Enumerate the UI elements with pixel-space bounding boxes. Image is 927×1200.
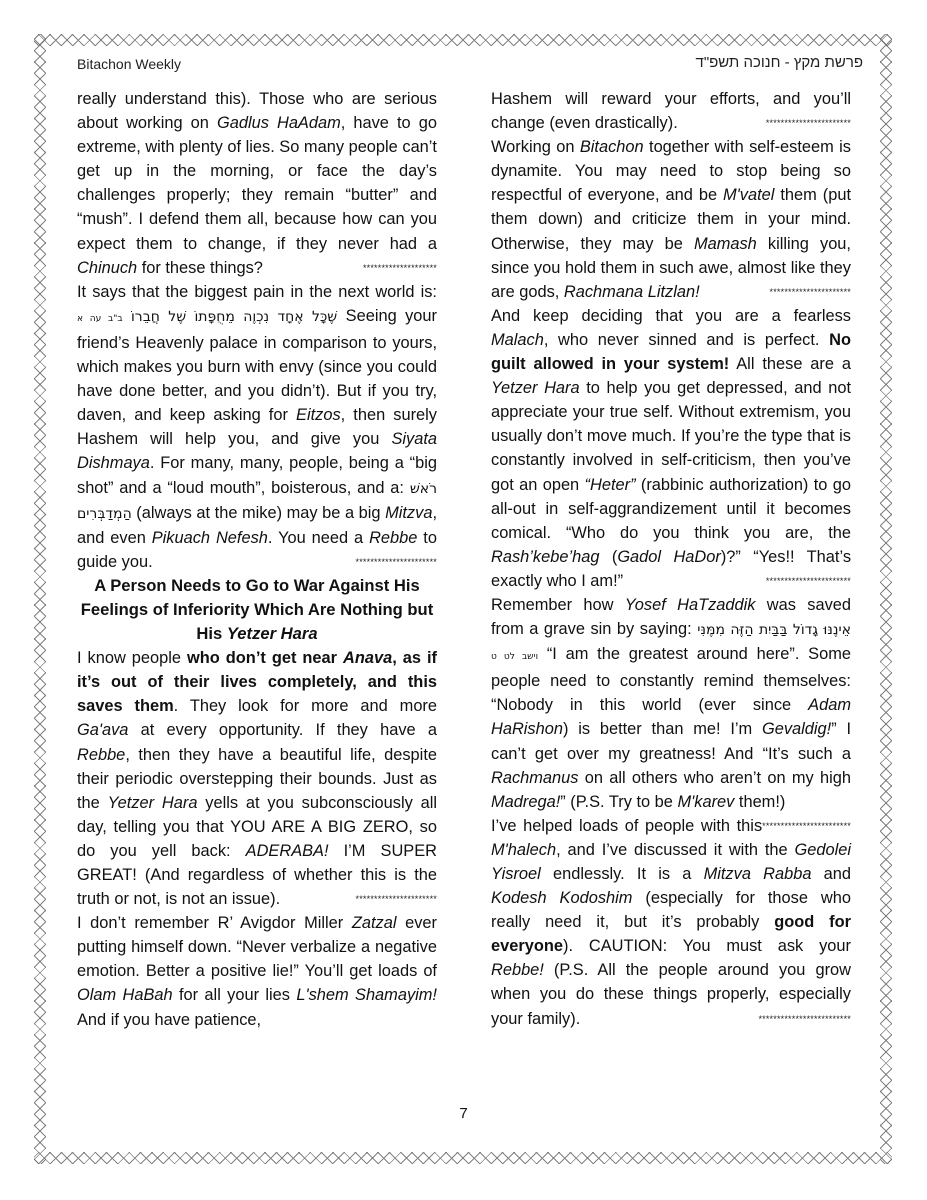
italic-term: Mitzva: [385, 504, 432, 522]
italic-term: Kodesh Kodoshim: [491, 889, 632, 907]
text: (always at the mike) may be a big: [132, 504, 385, 522]
italic-term: Rebbe: [369, 529, 417, 547]
text: . You need a: [268, 529, 369, 547]
italic-term: Mitzva Rabba: [704, 865, 812, 883]
text: I don’t remember R’ Avigdor Miller: [77, 914, 352, 932]
publication-title: Bitachon Weekly: [77, 56, 181, 72]
text: for these things?: [137, 259, 263, 277]
section-separator: ************************: [762, 814, 851, 838]
paragraph: Remember how Yosef HaTzaddik was saved f…: [491, 593, 851, 814]
italic-term: Rachmana Litzlan!: [564, 283, 700, 301]
italic-term: Rash’kebe’hag: [491, 548, 599, 566]
heading-italic: Yetzer Hara: [227, 624, 318, 643]
italic-term: Gadol HaDor: [617, 548, 721, 566]
section-separator: ***********************: [766, 569, 851, 593]
page-number: 7: [0, 1105, 927, 1122]
italic-term: Pikuach Nefesh: [152, 529, 268, 547]
paragraph: It says that the biggest pain in the nex…: [77, 280, 437, 574]
paragraph: I don’t remember R’ Avigdor Miller Zatza…: [77, 911, 437, 1031]
paragraph: I’ve helped loads of people with this M'…: [491, 814, 851, 1031]
bold-italic-term: Anava: [343, 649, 392, 667]
italic-term: Rebbe!: [491, 961, 544, 979]
right-column: Hashem will reward your efforts, and you…: [491, 87, 851, 1031]
border-bottom-pattern: [34, 1152, 892, 1164]
italic-term: Gadlus HaAdam: [217, 114, 341, 132]
text: , who never sinned and is perfect.: [544, 331, 829, 349]
italic-term: Malach: [491, 331, 544, 349]
section-separator: **********************: [770, 280, 851, 304]
text: And keep deciding that you are a fearles…: [491, 307, 851, 325]
text: and: [811, 865, 851, 883]
text: ” (P.S. Try to be: [560, 793, 677, 811]
italic-term: Chinuch: [77, 259, 137, 277]
hebrew-quote: שֶׁכָּל אֶחָד נִכְוֶה מֵחֻפָּתוֹ שֶׁל חֲ…: [131, 309, 337, 325]
section-separator: ***********************: [766, 111, 851, 135]
section-separator: *************************: [758, 1007, 851, 1031]
text: ) is better than me! I’m: [563, 720, 762, 738]
paragraph: Working on Bitachon together with self-e…: [491, 135, 851, 304]
hebrew-source-ref: ב"ב עה א: [77, 314, 123, 324]
text: (: [599, 548, 617, 566]
section-separator: **********************: [356, 550, 437, 574]
paragraph: Hashem will reward your efforts, and you…: [491, 87, 851, 135]
paragraph: I know people who don’t get near Anava, …: [77, 646, 437, 911]
text: It says that the biggest pain in the nex…: [77, 283, 437, 301]
left-column: really understand this). Those who are s…: [77, 87, 437, 1032]
italic-term: Madrega!: [491, 793, 560, 811]
text: for all your lies: [173, 986, 297, 1004]
italic-term: M'halech: [491, 841, 556, 859]
italic-term: Yosef HaTzaddik: [625, 596, 756, 614]
italic-term: Eitzos: [296, 406, 341, 424]
italic-term: Zatzal: [352, 914, 397, 932]
text: , have to go extreme, with plenty of lie…: [77, 114, 437, 252]
bold-text: who don’t get near: [187, 649, 343, 667]
text: “I am the greatest around here”. Some pe…: [491, 645, 851, 714]
italic-term: Olam HaBah: [77, 986, 173, 1004]
paragraph: really understand this). Those who are s…: [77, 87, 437, 280]
text: . They look for more and more: [174, 697, 437, 715]
text: All these are a: [729, 355, 851, 373]
italic-term: Yetzer Hara: [108, 794, 198, 812]
italic-term: “Heter”: [585, 476, 636, 494]
border-right-pattern: [880, 34, 892, 1164]
italic-term: ADERABA!: [246, 842, 329, 860]
hebrew-quote: אֵינֶנּוּ גָדוֹל בַּבַּיִת הַזֶּה מִמֶּנ…: [697, 622, 851, 638]
italic-term: M'vatel: [723, 186, 774, 204]
text: at every opportunity. If they have a: [128, 721, 437, 739]
text: them!): [734, 793, 785, 811]
border-left-pattern: [34, 34, 46, 1164]
text: on all others who aren’t on my high: [578, 769, 851, 787]
text: And if you have patience,: [77, 1011, 261, 1029]
text: endlessly. It is a: [541, 865, 704, 883]
text: ). CAUTION: You must ask your: [563, 937, 851, 955]
text: I’ve helped loads of people with this: [491, 817, 762, 835]
parsha-title: פרשת מקץ - חנוכה תשפ"ד: [696, 54, 864, 71]
text: Working on: [491, 138, 580, 156]
italic-term: Bitachon: [580, 138, 644, 156]
italic-term: M'karev: [677, 793, 734, 811]
text: Remember how: [491, 596, 625, 614]
paragraph: And keep deciding that you are a fearles…: [491, 304, 851, 593]
section-separator: ********************: [363, 256, 437, 280]
border-top-pattern: [34, 34, 892, 46]
italic-term: Yetzer Hara: [491, 379, 580, 397]
text: I know people: [77, 649, 187, 667]
italic-term: Rebbe: [77, 746, 125, 764]
italic-term: Rachmanus: [491, 769, 578, 787]
hebrew-source-ref: וישב לט ט: [491, 652, 538, 662]
italic-term: Gevaldig!: [762, 720, 831, 738]
text: , and I’ve discussed it with the: [556, 841, 794, 859]
italic-term: L'shem Shamayim!: [296, 986, 437, 1004]
italic-term: Mamash: [694, 235, 757, 253]
section-heading: A Person Needs to Go to War Against His …: [77, 574, 437, 646]
italic-term: Ga'ava: [77, 721, 128, 739]
section-separator: **********************: [356, 887, 437, 911]
